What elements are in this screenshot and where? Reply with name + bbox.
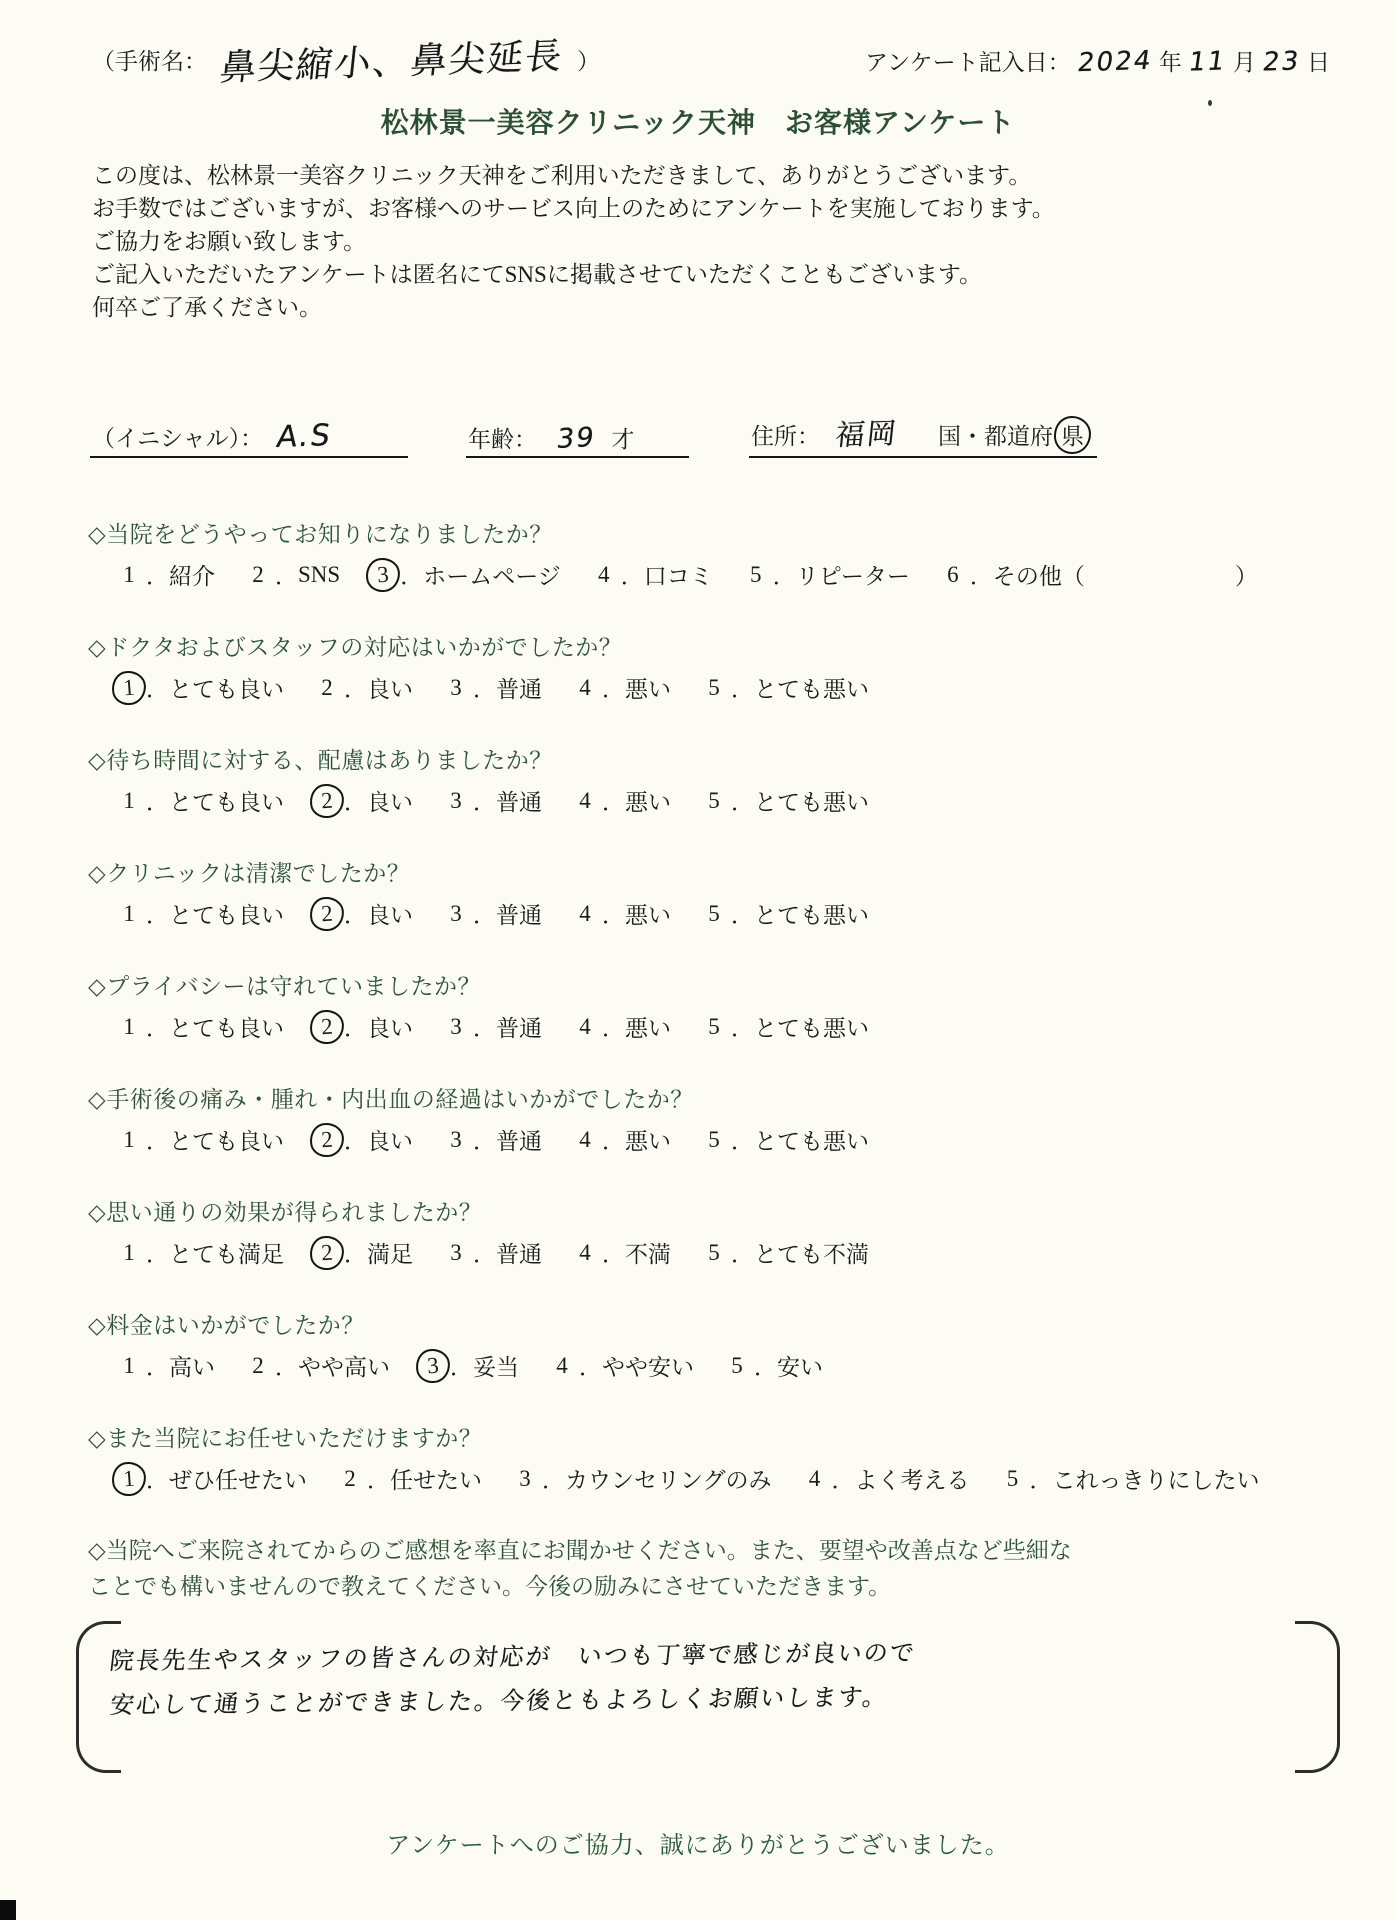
surgery-name-field: （手術名： 鼻尖縮小、鼻尖延長 ） — [92, 34, 600, 85]
option-number: 2 — [310, 671, 344, 705]
question-options: 1．とても良い2．良い3．普通4．悪い5．とても悪い — [88, 897, 1356, 931]
option-2: 2．良い — [310, 671, 413, 705]
right-bracket — [1295, 1621, 1340, 1773]
selected-answer-circle: 2 — [309, 1234, 345, 1270]
day-unit: 日 — [1307, 44, 1330, 77]
option-label: とても不満 — [754, 1236, 869, 1269]
scan-artifact-mark — [0, 1900, 16, 1920]
option-label: その他（ — [993, 558, 1085, 591]
question-options: 1．とても良い2．良い3．普通4．悪い5．とても悪い — [88, 784, 1356, 818]
surgery-name-close-paren: ） — [577, 43, 600, 76]
option-4: 4．よく考える — [798, 1462, 970, 1496]
option-label: とても悪い — [754, 897, 869, 930]
date-year-handwritten: 2024 — [1075, 46, 1154, 79]
option-label: 悪い — [625, 784, 671, 817]
intro-paragraph: この度は、松林景一美容クリニック天神をご利用いただきまして、ありがとうございます… — [92, 159, 1326, 324]
question-options: 1．ぜひ任せたい2．任せたい3．カウンセリングのみ4．よく考える5．これっきりに… — [88, 1462, 1356, 1496]
question-block-8: ◇料金はいかがでしたか？1．高い2．やや高い3．妥当4．やや安い5．安い — [88, 1307, 1356, 1383]
option-label: 普通 — [496, 671, 542, 704]
option-1: 1．紹介 — [112, 558, 215, 592]
option-5: 5．リピーター — [739, 558, 910, 592]
option-5: 5．とても不満 — [697, 1236, 869, 1270]
intro-line: お手数ではございますが、お客様へのサービス向上のためにアンケートを実施しておりま… — [92, 192, 1326, 225]
question-options: 1．とても良い2．良い3．普通4．悪い5．とても悪い — [88, 1123, 1356, 1157]
option-4: 4．悪い — [568, 897, 671, 931]
option-number: 3 — [508, 1462, 542, 1496]
option-number: 5 — [720, 1349, 754, 1383]
option-number: 3 — [439, 1123, 473, 1157]
question-block-4: ◇クリニックは清潔でしたか？1．とても良い2．良い3．普通4．悪い5．とても悪い — [88, 855, 1356, 931]
comment-prompt-line: ◇当院へご来院されてからのご感想を率直にお聞かせください。また、要望や改善点など… — [88, 1533, 1356, 1569]
option-4: 4．悪い — [568, 784, 671, 818]
option-5: 5．安い — [720, 1349, 823, 1383]
option-number: 4 — [568, 1123, 602, 1157]
selected-answer-circle: 1 — [111, 669, 147, 705]
intro-line: この度は、松林景一美容クリニック天神をご利用いただきまして、ありがとうございます… — [92, 159, 1326, 192]
selected-answer-circle: 2 — [309, 895, 345, 931]
option-number: 3 — [439, 1236, 473, 1270]
selected-answer-circle: 3 — [415, 1347, 451, 1383]
option-2: 2．任せたい — [333, 1462, 482, 1496]
option-label: 普通 — [496, 784, 542, 817]
question-title: ◇クリニックは清潔でしたか？ — [88, 855, 1356, 888]
date-day-handwritten: 23 — [1261, 46, 1303, 77]
option-label: とても悪い — [754, 1123, 869, 1156]
option-label: 安い — [777, 1349, 823, 1382]
option-label: とても悪い — [754, 671, 869, 704]
option-number: 2 — [241, 1349, 275, 1383]
option-label: やや高い — [298, 1349, 390, 1382]
option-2: 2．良い — [310, 1010, 413, 1044]
option-3: 3．カウンセリングのみ — [508, 1462, 772, 1496]
intro-line: 何卒ご了承ください。 — [92, 291, 1326, 324]
option-4: 4．悪い — [568, 1010, 671, 1044]
option-number: 4 — [545, 1349, 579, 1383]
option-3: 3．普通 — [439, 671, 542, 705]
option-label: 普通 — [496, 1010, 542, 1043]
month-unit: 月 — [1233, 44, 1256, 77]
comment-prompt: ◇当院へご来院されてからのご感想を率直にお聞かせください。また、要望や改善点など… — [88, 1533, 1356, 1605]
option-label: とても悪い — [754, 1010, 869, 1043]
question-title: ◇当院をどうやってお知りになりましたか？ — [88, 516, 1356, 549]
option-label: 不満 — [625, 1236, 671, 1269]
respondent-info-row: （イニシャル）： A.S 年齢： 39 才 住所： 福岡 国・都道府 県 — [90, 412, 1336, 458]
comment-prompt-line: ことでも構いませんので教えてください。今後の励みにさせていただきます。 — [88, 1569, 1356, 1605]
option-label: とても悪い — [754, 784, 869, 817]
option-label: 悪い — [625, 671, 671, 704]
option-3: 3．普通 — [439, 784, 542, 818]
option-number: 4 — [587, 558, 621, 592]
option-4: 4．不満 — [568, 1236, 671, 1270]
option-2: 2．満足 — [310, 1236, 413, 1270]
option-1: 1．高い — [112, 1349, 215, 1383]
option-1: 1．ぜひ任せたい — [112, 1462, 307, 1496]
option-1: 1．とても良い — [112, 671, 284, 705]
question-title: ◇また当院にお任せいただけますか？ — [88, 1420, 1356, 1453]
option-number: 3 — [439, 671, 473, 705]
question-title: ◇プライバシーは守れていましたか？ — [88, 968, 1356, 1001]
option-number: 4 — [568, 1010, 602, 1044]
option-label: SNS — [298, 562, 340, 588]
question-block-5: ◇プライバシーは守れていましたか？1．とても良い2．良い3．普通4．悪い5．とて… — [88, 968, 1356, 1044]
option-3: 3．普通 — [439, 1236, 542, 1270]
comment-handwritten-text: 院長先生やスタッフの皆さんの対応が いつも丁寧で感じが良いので 安心して通うこと… — [110, 1626, 1281, 1726]
scan-artifact-dot — [1208, 100, 1212, 106]
option-label: 妥当 — [473, 1349, 519, 1382]
address-handwritten-value: 福岡 — [834, 411, 901, 454]
question-title: ◇料金はいかがでしたか？ — [88, 1307, 1356, 1340]
question-title: ◇ドクタおよびスタッフの対応はいかがでしたか？ — [88, 629, 1356, 662]
option-number: 1 — [112, 897, 146, 931]
option-label: ぜひ任せたい — [169, 1462, 307, 1495]
option-1: 1．とても満足 — [112, 1236, 284, 1270]
thank-you-note: アンケートへのご協力、誠にありがとうございました。 — [0, 1825, 1396, 1860]
question-block-9: ◇また当院にお任せいただけますか？1．ぜひ任せたい2．任せたい3．カウンセリング… — [88, 1420, 1356, 1496]
option-label: 良い — [367, 1010, 413, 1043]
selected-answer-circle: 2 — [309, 1008, 345, 1044]
option-number: 2 — [241, 558, 275, 592]
option-number: 5 — [739, 558, 773, 592]
question-block-6: ◇手術後の痛み・腫れ・内出血の経過はいかがでしたか？1．とても良い2．良い3．普… — [88, 1081, 1356, 1157]
option-number: 1 — [112, 1123, 146, 1157]
option-label: 良い — [367, 784, 413, 817]
option-label: とても良い — [169, 1010, 284, 1043]
prefecture-answer-circle: 県 — [1054, 416, 1091, 454]
option-number: 3 — [439, 784, 473, 818]
question-options: 1．とても満足2．満足3．普通4．不満5．とても不満 — [88, 1236, 1356, 1270]
surgery-name-handwritten-value: 鼻尖縮小、鼻尖延長 — [218, 28, 567, 91]
address-field: 住所： 福岡 国・都道府 県 — [749, 412, 1097, 458]
option-6: 6．その他（） — [936, 558, 1258, 592]
option-3: 3．妥当 — [416, 1349, 519, 1383]
selected-answer-circle: 1 — [111, 1460, 147, 1496]
option-label: 任せたい — [390, 1462, 482, 1495]
option-number: 5 — [697, 784, 731, 818]
option-number: 1 — [112, 1349, 146, 1383]
option-label: 悪い — [625, 1010, 671, 1043]
option-label: 良い — [367, 897, 413, 930]
option-label: 良い — [367, 1123, 413, 1156]
option-2: 2．SNS — [241, 558, 340, 592]
questions-list: ◇当院をどうやってお知りになりましたか？1．紹介2．SNS3．ホームページ4．口… — [88, 516, 1356, 1496]
option-label: 悪い — [625, 1123, 671, 1156]
question-block-3: ◇待ち時間に対する、配慮はありましたか？1．とても良い2．良い3．普通4．悪い5… — [88, 742, 1356, 818]
option-number: 4 — [568, 897, 602, 931]
option-3: 3．普通 — [439, 1010, 542, 1044]
date-month-handwritten: 11 — [1187, 46, 1229, 77]
question-block-2: ◇ドクタおよびスタッフの対応はいかがでしたか？1．とても良い2．良い3．普通4．… — [88, 629, 1356, 705]
option-label: とても良い — [169, 784, 284, 817]
option-1: 1．とても良い — [112, 1010, 284, 1044]
question-options: 1．とても良い2．良い3．普通4．悪い5．とても悪い — [88, 671, 1356, 705]
option-number: 5 — [697, 671, 731, 705]
option-number: 1 — [112, 558, 146, 592]
option-number: 4 — [568, 1236, 602, 1270]
option-number: 2 — [333, 1462, 367, 1496]
surgery-name-label: （手術名： — [92, 43, 207, 76]
option-number: 4 — [568, 784, 602, 818]
option-label: 普通 — [496, 1123, 542, 1156]
option-5: 5．とても悪い — [697, 671, 869, 705]
option-number: 5 — [697, 1010, 731, 1044]
option-1: 1．とても良い — [112, 784, 284, 818]
option-4: 4．悪い — [568, 1123, 671, 1157]
option-number: 3 — [439, 897, 473, 931]
option-1: 1．とても良い — [112, 1123, 284, 1157]
option-label: リピーター — [796, 558, 910, 591]
page-title: 松林景一美容クリニック天神 お客様アンケート — [0, 101, 1396, 141]
age-label: 年齢： — [468, 421, 537, 454]
age-field: 年齢： 39 才 — [466, 421, 689, 458]
option-label: 高い — [169, 1349, 215, 1382]
option-5: 5．とても悪い — [697, 897, 869, 931]
option-number: 1 — [112, 1010, 146, 1044]
question-title: ◇手術後の痛み・腫れ・内出血の経過はいかがでしたか？ — [88, 1081, 1356, 1114]
option-5: 5．とても悪い — [697, 784, 869, 818]
option-1: 1．とても良い — [112, 897, 284, 931]
option-label: 満足 — [367, 1236, 413, 1269]
option-label: ホームページ — [423, 558, 561, 591]
option-label: とても良い — [169, 897, 284, 930]
question-options: 1．とても良い2．良い3．普通4．悪い5．とても悪い — [88, 1010, 1356, 1044]
option-3: 3．普通 — [439, 897, 542, 931]
option-2: 2．良い — [310, 784, 413, 818]
option-label: 悪い — [625, 897, 671, 930]
option-4: 4．やや安い — [545, 1349, 694, 1383]
option-2: 2．良い — [310, 897, 413, 931]
option-label: やや安い — [602, 1349, 694, 1382]
age-unit: 才 — [611, 421, 634, 454]
option-3: 3．普通 — [439, 1123, 542, 1157]
document-header-row: （手術名： 鼻尖縮小、鼻尖延長 ） アンケート記入日： 2024 年 11 月 … — [92, 34, 1330, 85]
question-options: 1．紹介2．SNS3．ホームページ4．口コミ5．リピーター6．その他（） — [88, 558, 1356, 592]
question-block-1: ◇当院をどうやってお知りになりましたか？1．紹介2．SNS3．ホームページ4．口… — [88, 516, 1356, 592]
option-5: 5．とても悪い — [697, 1010, 869, 1044]
selected-answer-circle: 3 — [365, 556, 401, 592]
intro-line: ご記入いただいたアンケートは匿名にてSNSに掲載させていただくこともございます。 — [92, 258, 1326, 291]
initial-label: （イニシャル）： — [92, 420, 263, 453]
initial-field: （イニシャル）： A.S — [90, 419, 408, 458]
question-title: ◇待ち時間に対する、配慮はありましたか？ — [88, 742, 1356, 775]
option-5: 5．とても悪い — [697, 1123, 869, 1157]
selected-answer-circle: 2 — [309, 1121, 345, 1157]
address-label: 住所： — [751, 418, 820, 451]
option-number: 5 — [697, 897, 731, 931]
option-close-paren: ） — [1235, 558, 1258, 591]
option-number: 5 — [697, 1236, 731, 1270]
survey-date-label: アンケート記入日： — [865, 44, 1071, 77]
option-label: とても良い — [169, 1123, 284, 1156]
option-label: よく考える — [855, 1462, 970, 1495]
intro-line: ご協力をお願い致します。 — [92, 225, 1326, 258]
option-2: 2．良い — [310, 1123, 413, 1157]
option-label: 良い — [367, 671, 413, 704]
option-label: とても良い — [169, 671, 284, 704]
option-label: カウンセリングのみ — [565, 1462, 772, 1495]
option-label: 口コミ — [644, 558, 713, 591]
option-number: 5 — [697, 1123, 731, 1157]
year-unit: 年 — [1159, 44, 1182, 77]
option-label: 普通 — [496, 1236, 542, 1269]
question-options: 1．高い2．やや高い3．妥当4．やや安い5．安い — [88, 1349, 1356, 1383]
comment-answer-box: 院長先生やスタッフの皆さんの対応が いつも丁寧で感じが良いので 安心して通うこと… — [76, 1621, 1340, 1773]
option-number: 1 — [112, 784, 146, 818]
option-number: 4 — [798, 1462, 832, 1496]
option-label: 紹介 — [169, 558, 215, 591]
option-number: 1 — [112, 1236, 146, 1270]
selected-answer-circle: 2 — [309, 782, 345, 818]
option-number: 6 — [936, 558, 970, 592]
initial-handwritten-value: A.S — [275, 418, 335, 455]
option-3: 3．ホームページ — [366, 558, 561, 592]
option-number: 5 — [996, 1462, 1030, 1496]
question-block-7: ◇思い通りの効果が得られましたか？1．とても満足2．満足3．普通4．不満5．とて… — [88, 1194, 1356, 1270]
region-label: 国・都道府 — [938, 418, 1053, 451]
option-label: 普通 — [496, 897, 542, 930]
option-label: これっきりにしたい — [1053, 1462, 1260, 1495]
option-5: 5．これっきりにしたい — [996, 1462, 1260, 1496]
option-2: 2．やや高い — [241, 1349, 390, 1383]
option-4: 4．悪い — [568, 671, 671, 705]
option-label: とても満足 — [169, 1236, 284, 1269]
option-4: 4．口コミ — [587, 558, 713, 592]
option-number: 4 — [568, 671, 602, 705]
age-handwritten-value: 39 — [555, 422, 597, 455]
option-number: 3 — [439, 1010, 473, 1044]
survey-date-field: アンケート記入日： 2024 年 11 月 23 日 — [865, 44, 1330, 85]
question-title: ◇思い通りの効果が得られましたか？ — [88, 1194, 1356, 1227]
